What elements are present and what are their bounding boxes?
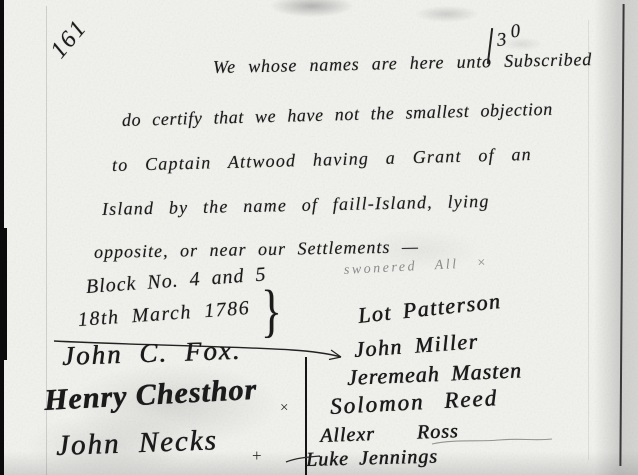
margin-note-brace: } <box>261 277 282 344</box>
docket-digit-0: 0 <box>510 20 527 42</box>
body-line-3: to Captain Attwood having a Grant of an <box>112 144 532 176</box>
docket-number: 30 <box>496 27 527 52</box>
margin-note-date: 18th March 1786 <box>77 297 251 332</box>
body-line-1: We whose names are here unto Subscribed <box>213 49 593 78</box>
signature-lot-patterson: Lot Patterson <box>357 288 503 329</box>
signature-mark-necks: + <box>252 446 262 466</box>
scan-right-noise-band <box>594 0 638 475</box>
scan-edge-right-line <box>619 4 624 466</box>
signature-john-c-fox: John C. Fox. <box>61 335 241 372</box>
margin-note-block: Block No. 4 and 5 <box>85 263 267 299</box>
signature-henry-chesthor: Henry Chesthor <box>43 373 258 418</box>
scan-edge-left-thick <box>0 228 7 360</box>
signature-john-necks: John Necks <box>55 424 218 463</box>
paper-crease-line <box>588 20 589 460</box>
document-scan: 161 30 We whose names are here unto Subs… <box>0 0 638 475</box>
body-line-2: do certify that we have not the smallest… <box>122 99 553 131</box>
page-number: 161 <box>46 15 94 65</box>
signature-luke-jennings: Luke Jennings <box>306 446 439 472</box>
body-line-5: opposite, or near our Settlements — <box>94 236 419 263</box>
body-line-4: Island by the name of faill-Island, lyin… <box>102 191 490 220</box>
signature-john-miller: John Miller <box>353 328 479 363</box>
faint-annotation: swonered All × <box>344 255 489 279</box>
signature-allexr-ross: Allexr Ross <box>320 420 459 448</box>
docket-digit-3: 3 <box>496 29 513 51</box>
signature-mark-henry: × <box>280 400 288 417</box>
